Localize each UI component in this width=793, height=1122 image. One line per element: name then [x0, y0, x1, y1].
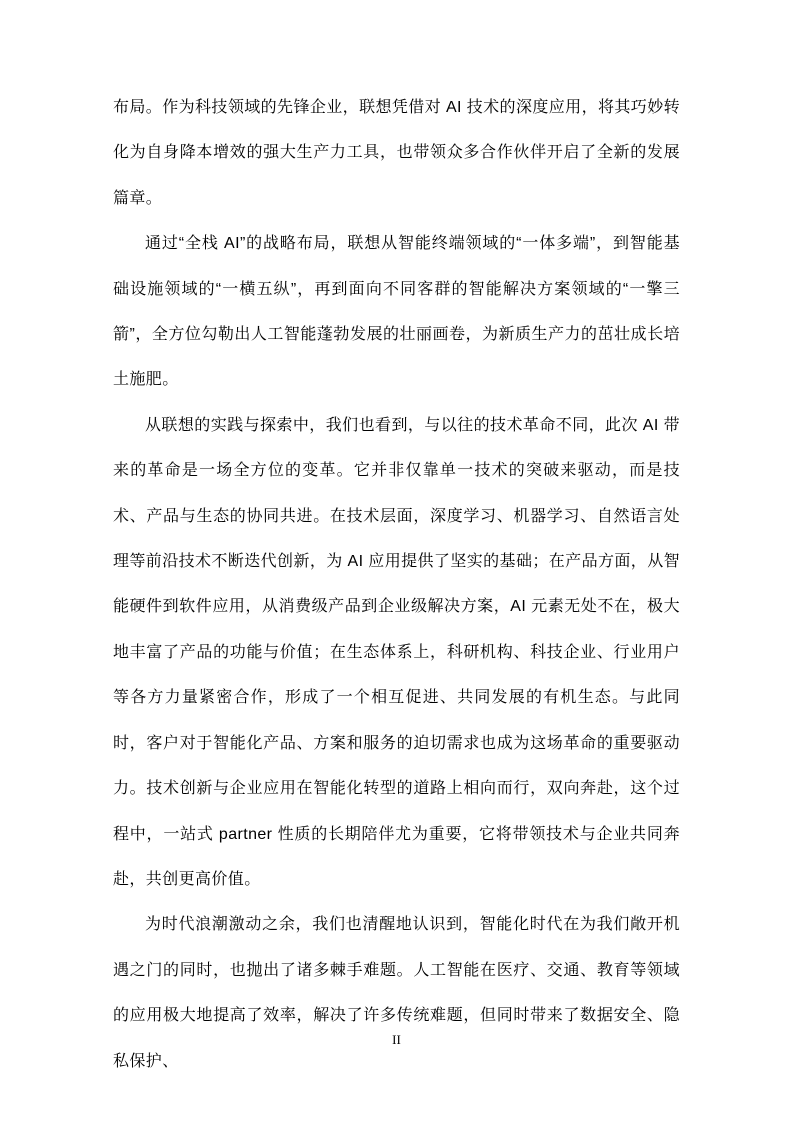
body-paragraph: 从联想的实践与探索中，我们也看到，与以往的技术革命不同，此次 AI 带来的革命是… — [113, 403, 680, 902]
page-number: II — [392, 1032, 401, 1047]
page-body-text: 布局。作为科技领域的先锋企业，联想凭借对 AI 技术的深度应用，将其巧妙转化为自… — [113, 85, 680, 1084]
body-paragraph: 布局。作为科技领域的先锋企业，联想凭借对 AI 技术的深度应用，将其巧妙转化为自… — [113, 85, 680, 221]
document-page: 布局。作为科技领域的先锋企业，联想凭借对 AI 技术的深度应用，将其巧妙转化为自… — [0, 0, 793, 1122]
body-paragraph: 通过“全栈 AI”的战略布局，联想从智能终端领域的“一体多端”，到智能基础设施领… — [113, 221, 680, 403]
body-paragraph: 为时代浪潮激动之余，我们也清醒地认识到，智能化时代在为我们敞开机遇之门的同时，也… — [113, 902, 680, 1084]
page-footer: II — [0, 1031, 793, 1049]
